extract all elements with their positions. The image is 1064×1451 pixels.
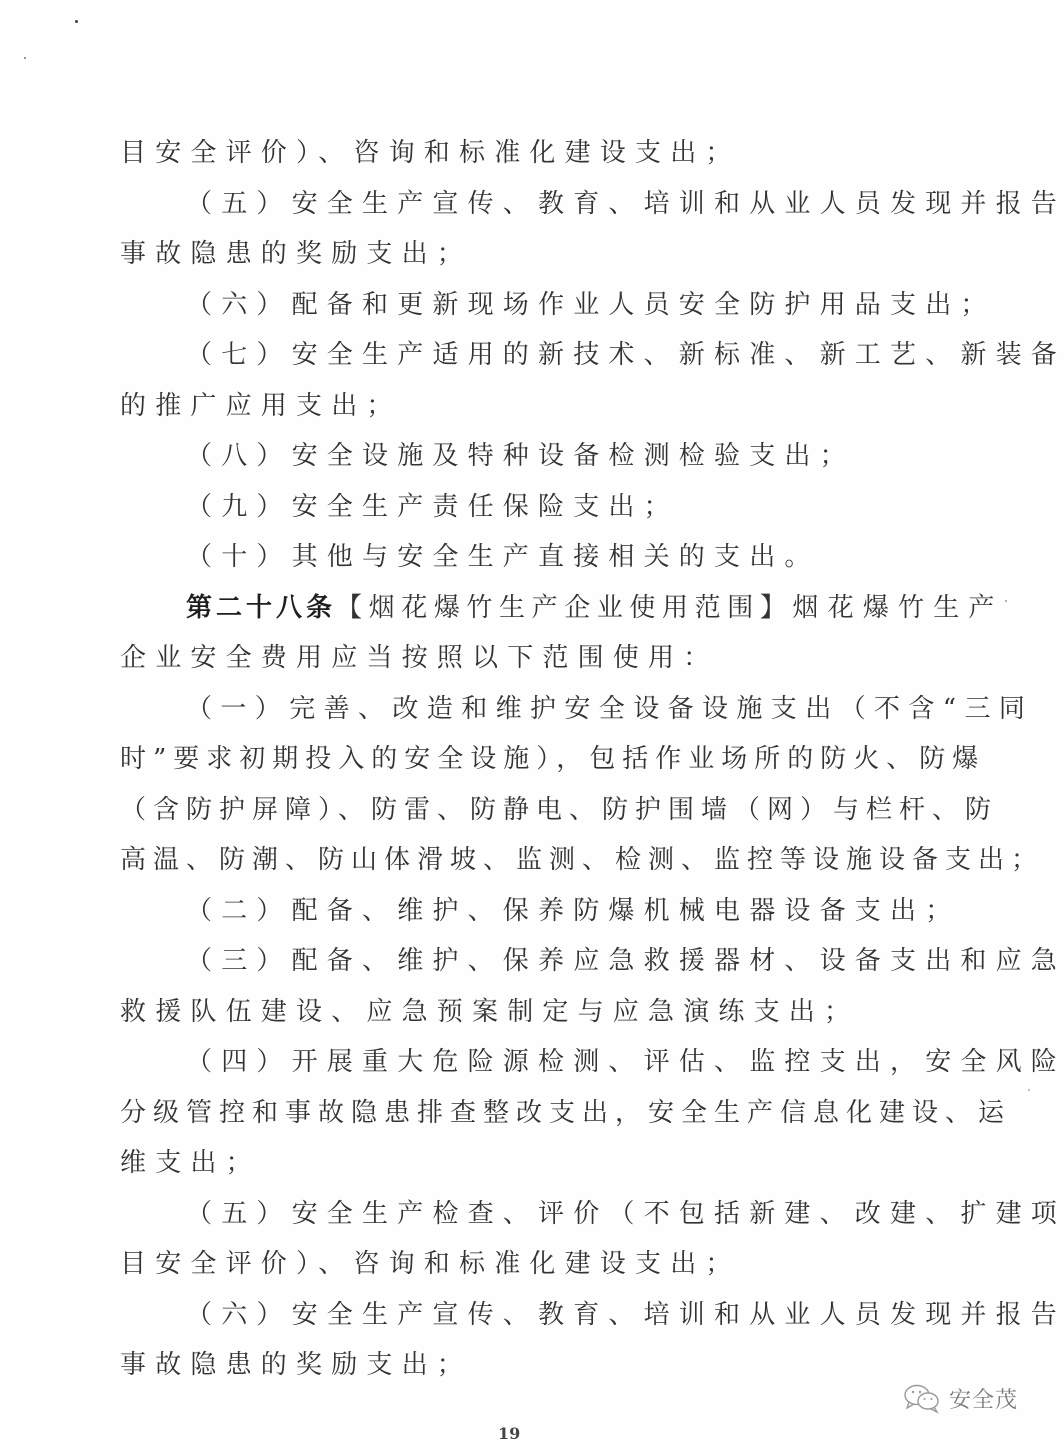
text-line: （三）配备、维护、保养应急救援器材、设备支出和应急 (120, 936, 900, 987)
text-line: 维支出； (120, 1138, 900, 1189)
text-line: （四）开展重大危险源检测、评估、监控支出，安全风险 (120, 1037, 900, 1088)
scan-speck (1005, 600, 1007, 602)
scan-speck (75, 20, 78, 23)
scan-speck (24, 57, 26, 59)
wechat-icon (903, 1384, 943, 1414)
text-line: 的推广应用支出； (120, 381, 900, 432)
document-page: 目安全评价）、咨询和标准化建设支出； （五）安全生产宣传、教育、培训和从业人员发… (0, 0, 1064, 1451)
text-line: 分级管控和事故隐患排查整改支出，安全生产信息化建设、运 (120, 1088, 900, 1139)
text-line: 事故隐患的奖励支出； (120, 229, 900, 280)
document-body: 目安全评价）、咨询和标准化建设支出； （五）安全生产宣传、教育、培训和从业人员发… (120, 128, 900, 1391)
text-line: （含防护屏障）、防雷、防静电、防护围墙（网）与栏杆、防 (120, 785, 900, 836)
text-line: （五）安全生产宣传、教育、培训和从业人员发现并报告 (120, 179, 900, 230)
text-line: 高温、防潮、防山体滑坡、监测、检测、监控等设施设备支出； (120, 835, 900, 886)
watermark-label: 安全茂 (949, 1383, 1018, 1414)
text-line: 目安全评价）、咨询和标准化建设支出； (120, 1239, 900, 1290)
text-line: （六）安全生产宣传、教育、培训和从业人员发现并报告 (120, 1290, 900, 1341)
text-line: 救援队伍建设、应急预案制定与应急演练支出； (120, 987, 900, 1038)
text-line: （一）完善、改造和维护安全设备设施支出（不含“三同 (120, 684, 900, 735)
text-line: （五）安全生产检查、评价（不包括新建、改建、扩建项 (120, 1189, 900, 1240)
text-line: （九）安全生产责任保险支出； (120, 482, 900, 533)
text-line: （二）配备、维护、保养防爆机械电器设备支出； (120, 886, 900, 937)
article-heading-line: 第二十八条【烟花爆竹生产企业使用范围】烟花爆竹生产 (120, 583, 900, 634)
text-line: （十）其他与安全生产直接相关的支出。 (120, 532, 900, 583)
text-line: （七）安全生产适用的新技术、新标准、新工艺、新装备 (120, 330, 900, 381)
page-number: 19 (498, 1424, 520, 1443)
text-line: 企业安全费用应当按照以下范围使用： (120, 633, 900, 684)
text-line: 事故隐患的奖励支出； (120, 1340, 900, 1391)
scan-speck (1028, 1089, 1030, 1091)
text-line: （六）配备和更新现场作业人员安全防护用品支出； (120, 280, 900, 331)
watermark: 安全茂 (903, 1383, 1018, 1414)
text-line: 时”要求初期投入的安全设施），包括作业场所的防火、防爆 (120, 734, 900, 785)
text-line: （八）安全设施及特种设备检测检验支出； (120, 431, 900, 482)
article-title: 【烟花爆竹生产企业使用范围】 (336, 593, 792, 623)
article-number: 第二十八条 (186, 593, 336, 623)
text-line: 目安全评价）、咨询和标准化建设支出； (120, 128, 900, 179)
